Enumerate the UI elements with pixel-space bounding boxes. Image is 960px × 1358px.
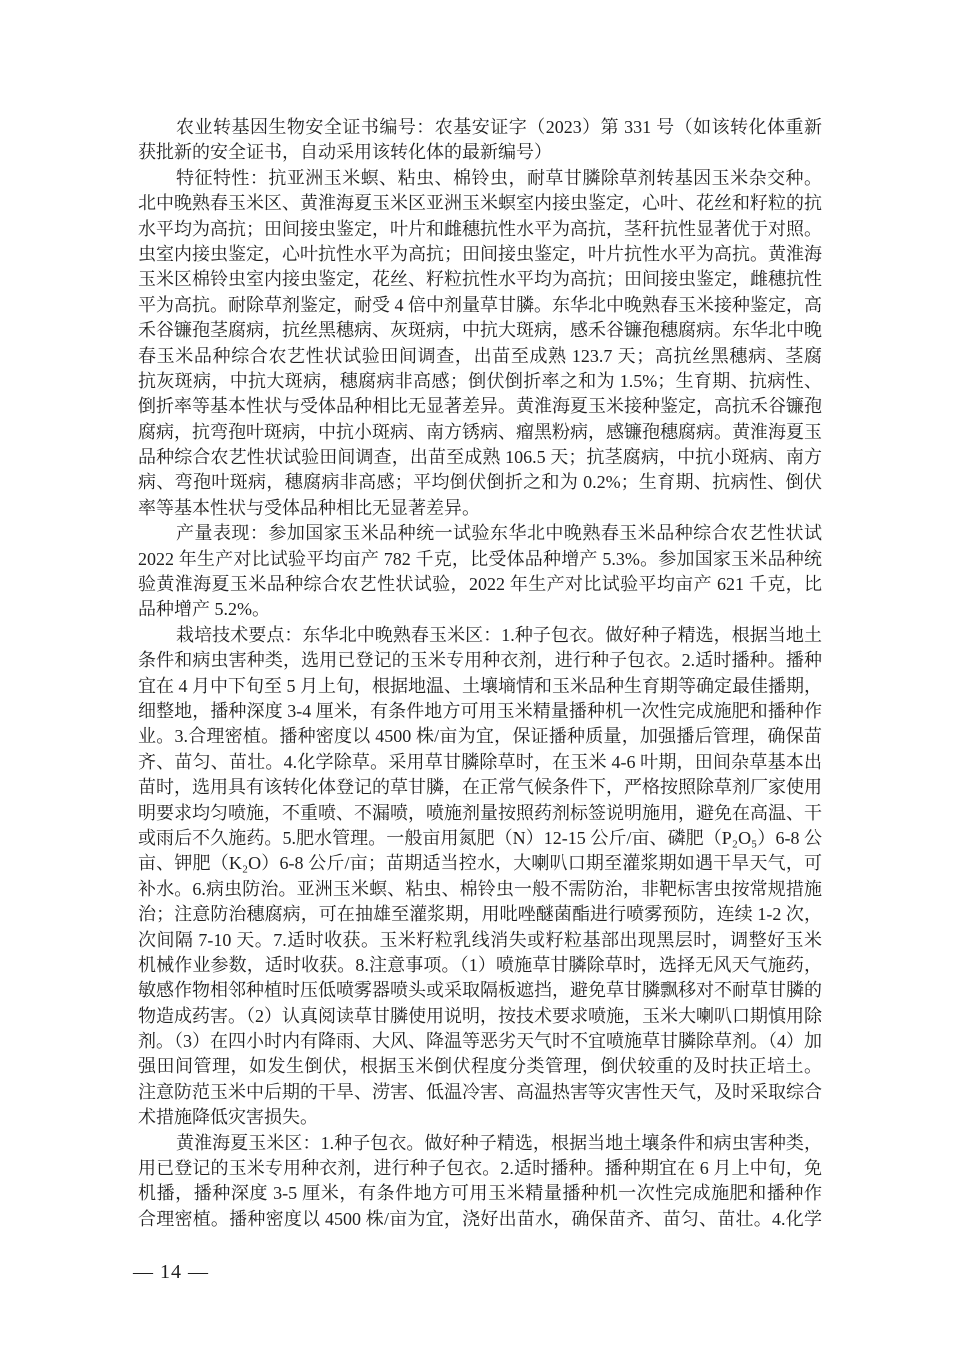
text-line: 抗灰斑病，中抗大斑病，穗腐病非高感；倒伏倒折率之和为 1.5%；生育期、抗病性、…: [138, 369, 822, 394]
text-line: 玉米区棉铃虫室内接虫鉴定，花丝、籽粒抗性水平均为高抗；田间接虫鉴定，雌穗抗性水: [138, 267, 822, 292]
text-line: 农业转基因生物安全证书编号：农基安证字（2023）第 331 号（如该转化体重新…: [138, 115, 822, 140]
text-line: 用已登记的玉米专用种衣剂，进行种子包衣。2.适时播种。播种期宜在 6 月上中旬，…: [138, 1156, 822, 1181]
text-line: 产量表现：参加国家玉米品种统一试验东华北中晚熟春玉米品种综合农艺性状试验，: [138, 521, 822, 546]
text-line: 水平均为高抗；田间接虫鉴定，叶片和雌穗抗性水平为高抗，茎秆抗性显著优于对照。粘: [138, 217, 822, 242]
text-line: 特征特性：抗亚洲玉米螟、粘虫、棉铃虫，耐草甘膦除草剂转基因玉米杂交种。东华: [138, 166, 822, 191]
text-line: 强田间管理，如发生倒伏，根据玉米倒伏程度分类管理，倒伏较重的及时扶正培土。（5）: [138, 1054, 822, 1079]
text-line: 细整地，播种深度 3-4 厘米，有条件地方可用玉米精量播种机一次性完成施肥和播种…: [138, 699, 822, 724]
text-line: 次间隔 7-10 天。7.适时收获。玉米籽粒乳线消失或籽粒基部出现黑层时，调整好…: [138, 928, 822, 953]
text-line: 合理密植。播种密度以 4500 株/亩为宜，浇好出苗水，确保苗齐、苗匀、苗壮。4…: [138, 1207, 822, 1232]
text-line: 或雨后不久施药。5.肥水管理。一般亩用氮肥（N）12-15 公斤/亩、磷肥（P₂…: [138, 826, 822, 851]
text-line: 黄淮海夏玉米区：1.种子包衣。做好种子精选，根据当地土壤条件和病虫害种类，选: [138, 1131, 822, 1156]
text-line: 敏感作物相邻种植时压低喷雾器喷头或采取隔板遮挡，避免草甘膦飘移对不耐草甘膦的作: [138, 978, 822, 1003]
document-page: 农业转基因生物安全证书编号：农基安证字（2023）第 331 号（如该转化体重新…: [0, 0, 960, 1358]
text-line: 禾谷镰孢茎腐病，抗丝黑穗病、灰斑病，中抗大斑病，感禾谷镰孢穗腐病。东华北中晚熟: [138, 318, 822, 343]
text-line: 术措施降低灾害损失。: [138, 1105, 822, 1130]
text-line: 虫室内接虫鉴定，心叶抗性水平为高抗；田间接虫鉴定，叶片抗性水平为高抗。黄淮海夏: [138, 242, 822, 267]
text-line: 剂。（3）在四小时内有降雨、大风、降温等恶劣天气时不宜喷施草甘膦除草剂。（4）加: [138, 1029, 822, 1054]
text-line: 业。3.合理密植。播种密度以 4500 株/亩为宜，保证播种质量，加强播后管理，…: [138, 724, 822, 749]
text-line: 腐病，抗弯孢叶斑病，中抗小斑病、南方锈病、瘤黑粉病，感镰孢穗腐病。黄淮海夏玉米: [138, 420, 822, 445]
text-line: 品种综合农艺性状试验田间调查，出苗至成熟 106.5 天；抗茎腐病，中抗小斑病、…: [138, 445, 822, 470]
page-number: — 14 —: [133, 1258, 209, 1286]
text-line: 亩、钾肥（K₂O）6-8 公斤/亩；苗期适当控水，大喇叭口期至灌浆期如遇干旱天气…: [138, 851, 822, 876]
document-body: 农业转基因生物安全证书编号：农基安证字（2023）第 331 号（如该转化体重新…: [138, 115, 822, 1232]
text-line: 春玉米品种综合农艺性状试验田间调查，出苗至成熟 123.7 天；高抗丝黑穗病、茎…: [138, 344, 822, 369]
text-line: 北中晚熟春玉米区、黄淮海夏玉米区亚洲玉米螟室内接虫鉴定，心叶、花丝和籽粒的抗性: [138, 191, 822, 216]
text-line: 病、弯孢叶斑病，穗腐病非高感；平均倒伏倒折之和为 0.2%；生育期、抗病性、倒伏…: [138, 470, 822, 495]
text-line: 宜在 4 月中下旬至 5 月上旬，根据地温、土壤墒情和玉米品种生育期等确定最佳播…: [138, 674, 822, 699]
text-line: 获批新的安全证书，自动采用该转化体的最新编号）: [138, 140, 822, 165]
text-line: 2022 年生产对比试验平均亩产 782 千克，比受体品种增产 5.3%。参加国…: [138, 547, 822, 572]
text-line: 齐、苗匀、苗壮。4.化学除草。采用草甘膦除草时，在玉米 4-6 叶期，田间杂草基…: [138, 750, 822, 775]
text-line: 补水。6.病虫防治。亚洲玉米螟、粘虫、棉铃虫一般不需防治，非靶标害虫按常规措施防: [138, 877, 822, 902]
text-line: 品种增产 5.2%。: [138, 597, 822, 622]
text-line: 明要求均匀喷施，不重喷、不漏喷，喷施剂量按照药剂标签说明施用，避免在高温、干燥: [138, 801, 822, 826]
text-line: 率等基本性状与受体品种相比无显著差异。: [138, 496, 822, 521]
text-line: 机械作业参数，适时收获。8.注意事项。（1）喷施草甘膦除草时，选择无风天气施药，…: [138, 953, 822, 978]
text-line: 栽培技术要点：东华北中晚熟春玉米区：1.种子包衣。做好种子精选，根据当地土壤: [138, 623, 822, 648]
text-line: 物造成药害。（2）认真阅读草甘膦使用说明，按技术要求喷施，玉米大喇叭口期慎用除草: [138, 1004, 822, 1029]
text-line: 苗时，选用具有该转化体登记的草甘膦，在正常气候条件下，严格按照除草剂厂家使用说: [138, 775, 822, 800]
text-line: 治；注意防治穗腐病，可在抽雄至灌浆期，用吡唑醚菌酯进行喷雾预防，连续 1-2 次…: [138, 902, 822, 927]
text-line: 条件和病虫害种类，选用已登记的玉米专用种衣剂，进行种子包衣。2.适时播种。播种期: [138, 648, 822, 673]
text-line: 验黄淮海夏玉米品种综合农艺性状试验，2022 年生产对比试验平均亩产 621 千…: [138, 572, 822, 597]
text-line: 注意防范玉米中后期的干旱、涝害、低温冷害、高温热害等灾害性天气，及时采取综合技: [138, 1080, 822, 1105]
text-line: 机播，播种深度 3-5 厘米，有条件地方可用玉米精量播种机一次性完成施肥和播种作…: [138, 1181, 822, 1206]
text-line: 倒折率等基本性状与受体品种相比无显著差异。黄淮海夏玉米接种鉴定，高抗禾谷镰孢茎: [138, 394, 822, 419]
text-line: 平为高抗。耐除草剂鉴定，耐受 4 倍中剂量草甘膦。东华北中晚熟春玉米接种鉴定，高…: [138, 293, 822, 318]
